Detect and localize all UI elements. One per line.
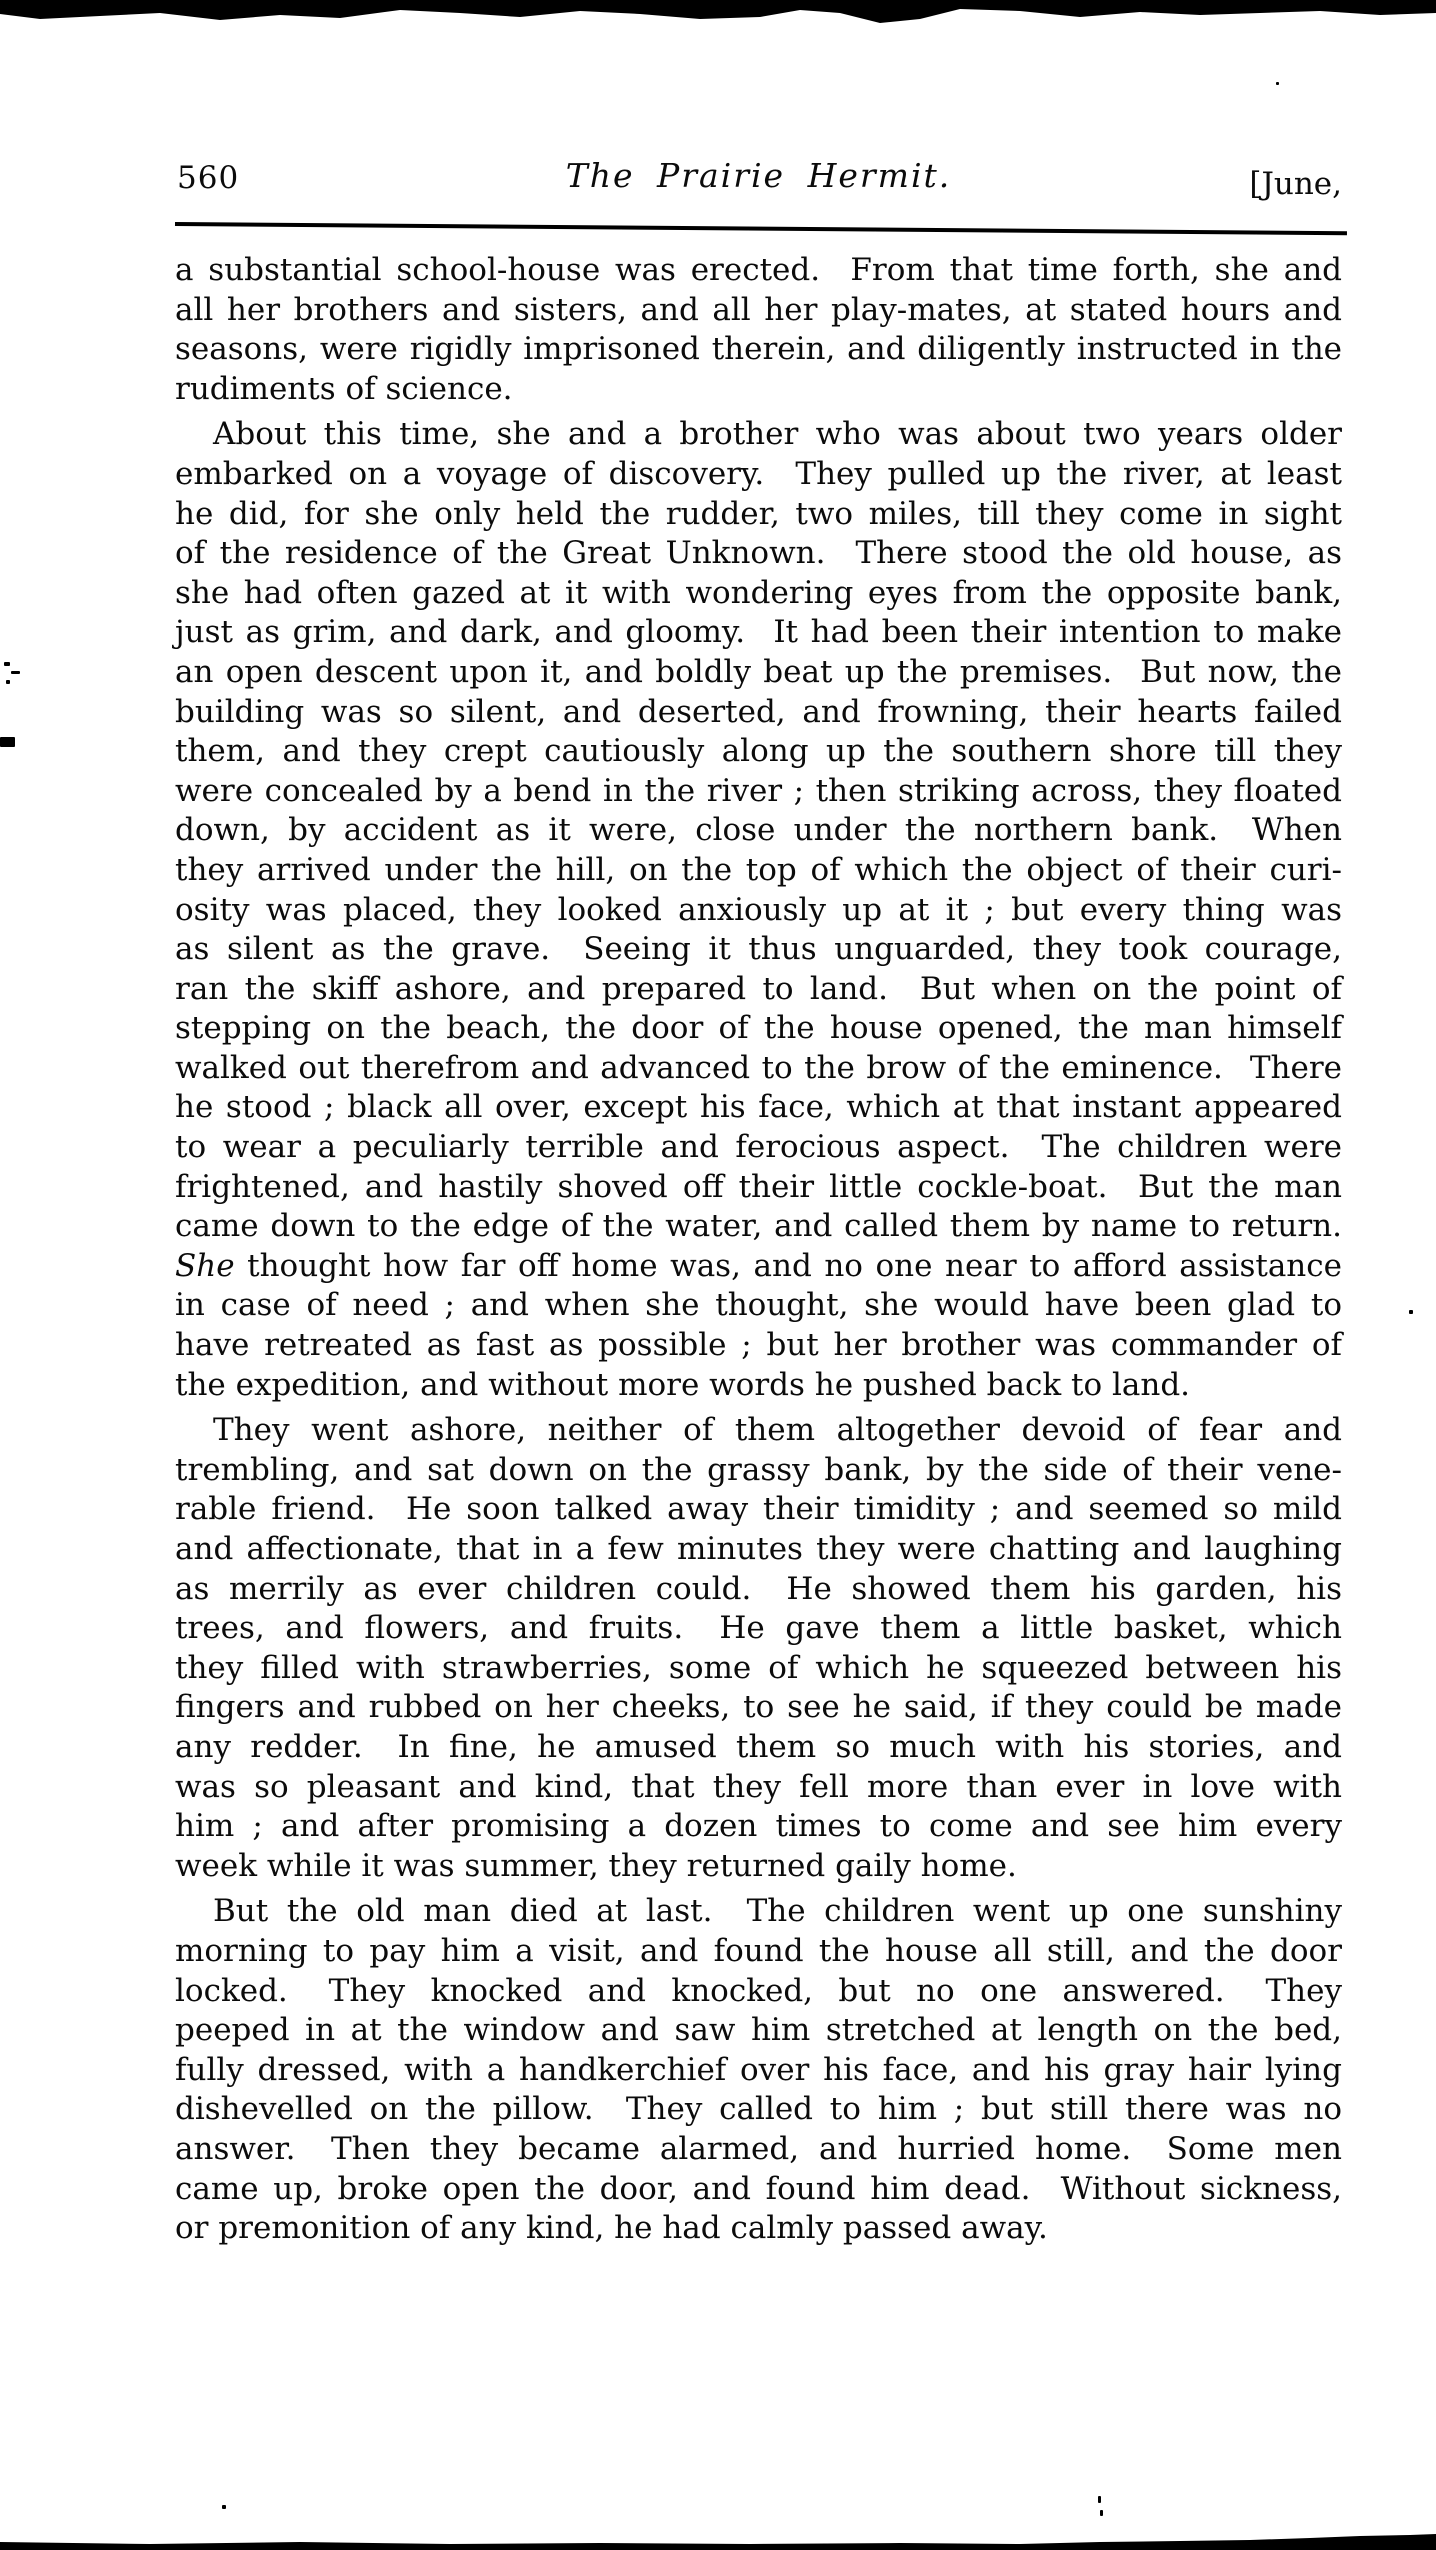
text-line: ran the skiff ashore, and prepared to la… [175,970,1342,1010]
running-header: 560 The Prairie Hermit. [June, [175,0,1342,240]
scan-speckle [1098,2496,1101,2503]
text-line: rable friend. He soon talked away their … [175,1490,1342,1530]
text-line: osity was placed, they looked anxiously … [175,891,1342,931]
header-rule [175,222,1347,235]
text-line: a substantial school-house was erected. … [175,251,1342,291]
text-line: came up, broke open the door, and found … [175,2170,1342,2210]
text-line: stepping on the beach, the door of the h… [175,1009,1342,1049]
paragraph: About this time, she and a brother who w… [175,415,1342,1405]
text-line: and affectionate, that in a few minutes … [175,1530,1342,1570]
text-line: he stood ; black all over, except his fa… [175,1088,1342,1128]
text-line: an open descent upon it, and boldly beat… [175,653,1342,693]
text-line: the expedition, and without more words h… [175,1366,1342,1406]
text-line: to wear a peculiarly terrible and feroci… [175,1128,1342,1168]
text-line: as merrily as ever children could. He sh… [175,1570,1342,1610]
paragraph: They went ashore, neither of them altoge… [175,1411,1342,1886]
scan-speckle [4,662,10,666]
text-line: week while it was summer, they returned … [175,1847,1342,1887]
text-line: They went ashore, neither of them altoge… [175,1411,1342,1451]
text-line: fully dressed, with a handkerchief over … [175,2051,1342,2091]
text-line: About this time, she and a brother who w… [175,415,1342,455]
scan-speckle [1100,2510,1103,2516]
text-line: building was so silent, and deserted, an… [175,693,1342,733]
text-line: all her brothers and sisters, and all he… [175,291,1342,331]
text-line: embarked on a voyage of discovery. They … [175,455,1342,495]
text-line: walked out therefrom and advanced to the… [175,1049,1342,1089]
text-line: dishevelled on the pillow. They called t… [175,2090,1342,2130]
text-line: trembling, and sat down on the grassy ba… [175,1451,1342,1491]
text-line: fingers and rubbed on her cheeks, to see… [175,1688,1342,1728]
text-line: him ; and after promising a dozen times … [175,1807,1342,1847]
scan-speckle [11,671,20,674]
text-line: he did, for she only held the rudder, tw… [175,495,1342,535]
text-line: trees, and flowers, and fruits. He gave … [175,1609,1342,1649]
text-line: them, and they crept cautiously along up… [175,732,1342,772]
text-line: were concealed by a bend in the river ; … [175,772,1342,812]
text-line: down, by accident as it were, close unde… [175,811,1342,851]
scan-speckle [6,680,10,684]
text-line: they arrived under the hill, on the top … [175,851,1342,891]
text-line: frightened, and hastily shoved off their… [175,1168,1342,1208]
issue-date: [June, [1249,166,1342,202]
text-line: locked. They knocked and knocked, but no… [175,1972,1342,2012]
text-line: came down to the edge of the water, and … [175,1207,1342,1247]
text-line: or premonition of any kind, he had calml… [175,2209,1342,2249]
page-title: The Prairie Hermit. [175,156,1342,195]
text-line: seasons, were rigidly imprisoned therein… [175,330,1342,370]
paragraph: a substantial school-house was erected. … [175,251,1342,409]
text-line: rudiments of science. [175,370,1342,410]
text-line: in case of need ; and when she thought, … [175,1286,1342,1326]
text-line: any redder. In fine, he amused them so m… [175,1728,1342,1768]
text-line: they filled with strawberries, some of w… [175,1649,1342,1689]
text-line: morning to pay him a visit, and found th… [175,1932,1342,1972]
scan-speckle [1409,1310,1413,1314]
text-line: as silent as the grave. Seeing it thus u… [175,930,1342,970]
text-line: she had often gazed at it with wondering… [175,574,1342,614]
scan-edge-band-bottom [0,2532,1436,2550]
text-line: just as grim, and dark, and gloomy. It h… [175,613,1342,653]
scanned-page: 560 The Prairie Hermit. [June, a substan… [0,0,1436,2550]
text-line: She thought how far off home was, and no… [175,1247,1342,1287]
text-line: peeped in at the window and saw him stre… [175,2011,1342,2051]
text-line: answer. Then they became alarmed, and hu… [175,2130,1342,2170]
scan-speckle [222,2505,226,2509]
text-line: But the old man died at last. The childr… [175,1892,1342,1932]
paragraph: But the old man died at last. The childr… [175,1892,1342,2248]
page-body: a substantial school-house was erected. … [175,251,1342,2249]
scan-speckle [0,737,15,747]
text-line: of the residence of the Great Unknown. T… [175,534,1342,574]
text-line: have retreated as fast as possible ; but… [175,1326,1342,1366]
text-line: was so pleasant and kind, that they fell… [175,1768,1342,1808]
